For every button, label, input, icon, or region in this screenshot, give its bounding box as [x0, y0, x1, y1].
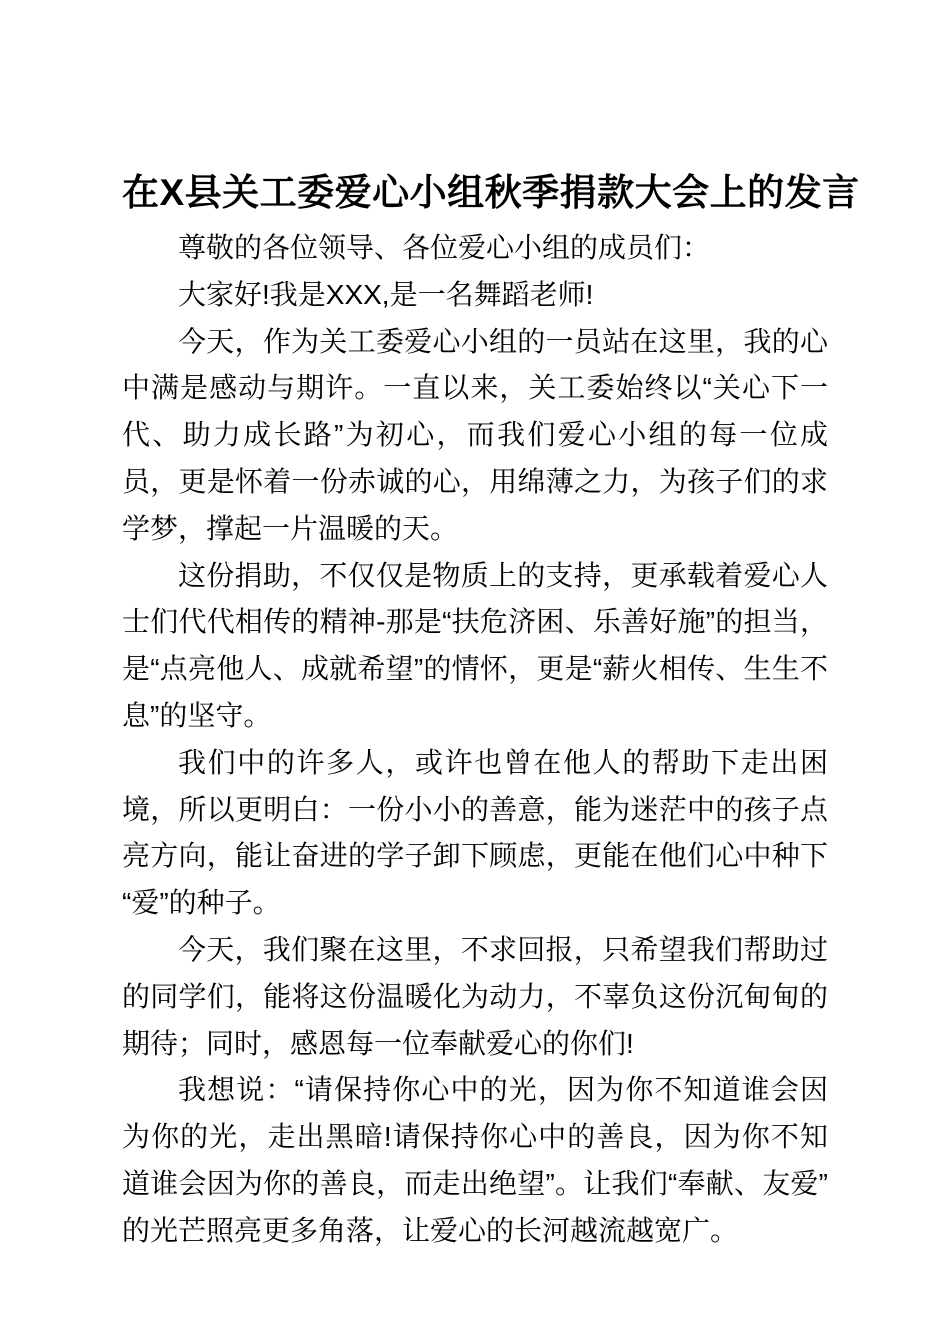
paragraph: 今天，我们聚在这里，不求回报，只希望我们帮助过的同学们，能将这份温暖化为动力，不…	[122, 927, 828, 1067]
document-page: 在X县关工委爱心小组秋季捐款大会上的发言 尊敬的各位领导、各位爱心小组的成员们：…	[0, 0, 950, 1344]
paragraph: 今天，作为关工委爱心小组的一员站在这里，我的心中满是感动与期许。一直以来，关工委…	[122, 319, 828, 553]
paragraph-salutation: 尊敬的各位领导、各位爱心小组的成员们：	[122, 225, 828, 272]
document-title: 在X县关工委爱心小组秋季捐款大会上的发言	[122, 167, 828, 218]
paragraph-closing: 我想说：“请保持你心中的光，因为你不知道谁会因为你的光，走出黑暗!请保持你心中的…	[122, 1067, 828, 1254]
paragraph: 这份捐助，不仅仅是物质上的支持，更承载着爱心人士们代代相传的精神-那是“扶危济困…	[122, 553, 828, 740]
document-body: 尊敬的各位领导、各位爱心小组的成员们： 大家好!我是XXX,是一名舞蹈老师! 今…	[122, 225, 828, 1255]
paragraph: 我们中的许多人，或许也曾在他人的帮助下走出困境，所以更明白：一份小小的善意，能为…	[122, 740, 828, 927]
paragraph-greeting: 大家好!我是XXX,是一名舞蹈老师!	[122, 272, 828, 319]
